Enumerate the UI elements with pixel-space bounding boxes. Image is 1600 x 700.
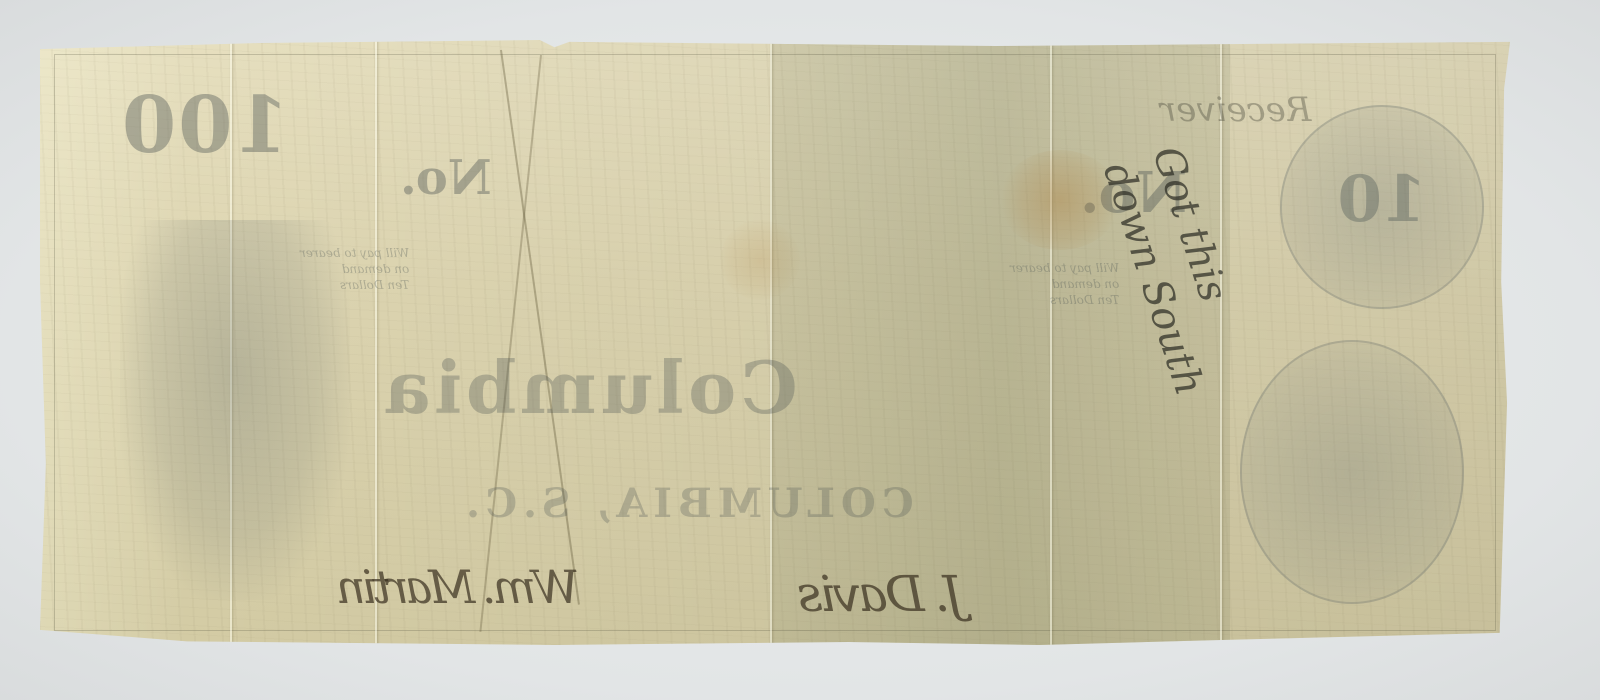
banknote: 100 No. No. Columbia COLUMBIA, S.C. Will… bbox=[40, 40, 1510, 645]
ghost-number-prefix-left: No. bbox=[400, 150, 492, 206]
ghost-fine-print: Will pay to bearer on demand Ten Dollars bbox=[300, 245, 409, 293]
fine-print-line: Ten Dollars bbox=[300, 277, 409, 293]
fine-print-line: on demand bbox=[300, 261, 409, 277]
rust-stain bbox=[720, 220, 800, 300]
ghost-denomination: 100 bbox=[120, 80, 289, 171]
ghost-subtitle: COLUMBIA, S.C. bbox=[460, 480, 914, 527]
ghost-bank-title: Columbia bbox=[380, 345, 798, 430]
medallion-value: 10 bbox=[1282, 162, 1482, 237]
fold-line bbox=[1050, 40, 1052, 645]
fine-print-line: Will pay to bearer bbox=[300, 245, 409, 261]
signature-left: Wm. Martin bbox=[340, 560, 579, 614]
fine-print-line: Will pay to bearer bbox=[1010, 260, 1119, 276]
fine-print-line: on demand bbox=[1010, 276, 1119, 292]
fold-line bbox=[375, 40, 377, 645]
ghost-cursive-signature-top: Receiver bbox=[1160, 90, 1311, 130]
fold-line bbox=[770, 40, 772, 645]
ghost-medallion-top: 10 bbox=[1280, 105, 1484, 309]
ghost-fine-print: Will pay to bearer on demand Ten Dollars bbox=[1010, 260, 1119, 308]
signature-right: J. Davis bbox=[800, 565, 964, 623]
fine-print-line: Ten Dollars bbox=[1010, 292, 1119, 308]
ghost-medallion-bottom bbox=[1240, 340, 1464, 604]
